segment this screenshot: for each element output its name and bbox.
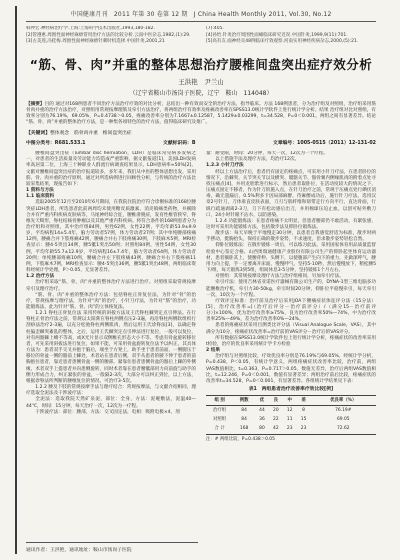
paragraph: 腰椎间盘突出症（lumbar disc herniation，LDH）是临床常见… <box>26 151 196 188</box>
table-note: 注：# 两组比较，P=0.438＞0.05 <box>206 437 376 443</box>
scan-gutter-line <box>15 6 17 554</box>
table-header-cell: 组 别 <box>206 396 233 406</box>
table-header-cell: 优 <box>255 396 269 406</box>
paragraph: 所有数据在SPSS13.0统计学软件包上进行统计学分析，疼痛症状的改善率采用t检… <box>206 336 376 348</box>
article-number: 文章编号：1005-0515（2011）12-131-02 <box>273 139 376 146</box>
table-row: 对照组 84 36 22 11 15 69.05 <box>206 416 376 425</box>
keywords-label: 【关键词】 <box>26 131 50 136</box>
paragraph: 仰卧位锻炼法：在散步锻炼一周后，可以练习此法。采用国家体育用品质量监督检验中心鉴… <box>206 243 376 274</box>
paragraph: 1.2.2 腰及下肢的常规按摩手法与理疗结合：常规按摩法，与文献介绍相同，理疗选… <box>26 385 196 397</box>
paragraph: 干涉波疗法：部位：腰部，方法：交叉固定法，电相：吸附电极×4，剂 <box>26 410 196 416</box>
table-body: 治疗组 84 44 20 12 8 76.19# 对照组 84 36 <box>206 406 376 434</box>
table-cell: 76.19# <box>311 406 376 416</box>
table-row: 治疗组 84 44 20 12 8 76.19# <box>206 406 376 416</box>
abstract-text: 目的 通过对168例患者不同治疗方法治疗疗效的对比分析，总结出一种有效而安全的治… <box>26 102 376 126</box>
results-table-block: 表1 两组患者治疗改善率疗效比较[例] 组 别例数优良中差优良率（%） 治疗组 … <box>206 387 376 443</box>
table-header-cell: 例数 <box>233 396 255 406</box>
article-affiliation: （辽宁省鞍山市汤岗子医院，辽宁 鞍山 114048） <box>26 88 376 97</box>
table-row: 合 计 168 80 42 23 23 72.62 <box>206 425 376 435</box>
article-meta-line: 中图分类号：R681.533.1 文献标识码：B 文章编号：1005-0515（… <box>26 139 376 146</box>
article-authors: 王洪艳 尹兰山 <box>26 77 376 86</box>
paragraph: 治疗组采取“筋、骨、肉”并重的整体治疗方法进行治疗。对照组采取常规按摩牵引及理疗… <box>26 280 196 292</box>
table-header-cell: 中 <box>283 396 297 406</box>
abstract-label: 【摘要】 <box>26 102 45 107</box>
table-cell: 22 <box>269 416 283 425</box>
reference-line: (7):405. <box>206 26 376 33</box>
page-content: 中国健康月刊 2011 年第 30 卷第 12 期 J China Health… <box>26 9 376 539</box>
reference-line: 韩仲宏.神经病治疗学.上海:上海科学技术出版社,1993,180-182. <box>26 26 196 33</box>
keywords-text: 整体观念 筋骨肉并重 椎间盘突出症 <box>50 131 132 136</box>
table-header-row: 组 别例数优良中差优良率（%） <box>206 396 376 406</box>
results-table: 组 别例数优良中差优良率（%） 治疗组 84 44 20 12 8 <box>206 395 376 435</box>
references-right-column: (7):405.[4]孙怡.针灸治疗周围性面瘫临床研究近况.中国针灸,1999,… <box>206 26 376 46</box>
body-left-column: 腰椎间盘突出症（lumbar disc herniation，LDH）是临床常见… <box>26 151 196 539</box>
paragraph: 1.2.1 脊柱正骨复位法 采用传统的斜扳方法及王氏脊柱棘突定点引伸法。在行脊柱… <box>26 311 196 385</box>
body-right-column: 量：耐受限，时间：20分钟，每天一次，12次为一个疗程。以上措施手法及理疗方法，… <box>206 151 376 539</box>
abstract: 【摘要】目的 通过对168例患者不同治疗方法治疗疗效的对比分析，总结出一种有效而… <box>26 102 376 127</box>
table-cell: 42 <box>269 425 283 435</box>
paragraph: 散步法：每天早晚于平地慢走30分钟，以患者自我感觉舒适为标准，散步时两手摆动，挺… <box>206 231 376 243</box>
table-cell: 69.05 <box>311 416 376 425</box>
table-header-cell: 差 <box>297 396 311 406</box>
table-cell: 84 <box>233 416 255 425</box>
table-cell: 80 <box>255 425 269 435</box>
table-cell: 84 <box>233 406 255 416</box>
document-code: 文献标识码：B <box>163 139 195 146</box>
table-cell: 36 <box>255 416 269 425</box>
article-title: “筋、骨、肉”并重的整体思想治疗腰椎间盘突出症疗效分析 <box>26 55 376 73</box>
table-cell: 8 <box>297 406 311 416</box>
table-cell: 44 <box>255 406 269 416</box>
paragraph: 患者的疼痛症状采用目测类比评分法（Visual Analogue Scale，V… <box>206 323 376 335</box>
table-cell: 对照组 <box>206 416 233 425</box>
paragraph: 疗效评定标准：治疗前及治疗后采用JOA下腰痛症状体征评分法（15分法）[5]，治… <box>206 299 376 324</box>
references-left-column: 韩仲宏.神经病治疗学.上海:上海科学技术出版社,1993,180-182.[2]… <box>26 26 196 46</box>
table-header-cell: 优良率（%） <box>311 396 376 406</box>
reference-line: [3]古美莲,冯桂梅.周围性面神经麻痹针刺时机选择.中国针灸,2001,21 <box>26 39 196 46</box>
header-rule <box>26 21 376 22</box>
table-cell: 治疗组 <box>206 406 233 416</box>
keywords-line: 【关键词】整体观念 筋骨肉并重 椎间盘突出症 <box>26 129 376 136</box>
table-cell: 15 <box>297 416 311 425</box>
journal-header: 中国健康月刊 2011 年第 30 卷第 12 期 J China Health… <box>26 9 376 18</box>
table-cell: 72.62 <box>311 425 376 435</box>
table-cell: 23 <box>297 425 311 435</box>
clc-number: 中图分类号：R681.533.1 <box>26 139 85 146</box>
table-cell: 合 计 <box>206 425 233 435</box>
table-head: 组 别例数优良中差优良率（%） <box>206 396 376 406</box>
correspondence-footer: 通讯作者：王洪艳，通讯地址：鞍山市汤岗子医院 <box>26 542 198 553</box>
paragraph: 牵引疗法：使用吉林省亚诺医疗器械有限公司生产的，DYNA-1型三维电脑多功能腰椎… <box>206 280 376 298</box>
table-cell: 23 <box>283 425 297 435</box>
paragraph: “筋、骨、肉”并重的整体治疗方法：包括脊柱正骨复位法，为针对“骨”的治疗，常规按… <box>26 293 196 311</box>
references-continued: 韩仲宏.神经病治疗学.上海:上海科学技术出版社,1993,180-182.[2]… <box>26 26 376 46</box>
paragraph: 经以上方法治疗后，患者仍有固定的疼痛点，可采用小针刀疗法，在患者卧位的情况下，沿… <box>206 170 376 219</box>
table-caption: 表1 两组患者治疗改善率疗效比较[例] <box>206 387 376 393</box>
table-cell: 20 <box>269 406 283 416</box>
table-header-cell: 良 <box>269 396 283 406</box>
table-cell: 11 <box>283 416 297 425</box>
paragraph: 1.2.4 功能锻炼法：在患者疼痛不太明显，但患者腰部仍不敢活动，有紧张感，这时… <box>206 219 376 231</box>
body-right-paragraphs: 量：耐受限，时间：20分钟，每天一次，12次为一个疗程。以上措施手法及理疗方法，… <box>206 151 376 385</box>
table-cell: 12 <box>283 406 297 416</box>
paragraph: 治疗组与对照组比较，疗效优良率分别是76.19%与69.05%，经统计学分析，P… <box>206 354 376 385</box>
body-columns: 腰椎间盘突出症（lumbar disc herniation，LDH）是临床常见… <box>26 151 376 539</box>
table-cell: 168 <box>233 425 255 435</box>
paragraph: 选取2005年12月至2010年6月期间，在我院住院治疗符合诊断标准的168位腰… <box>26 200 196 274</box>
journal-page: 中国健康月刊 2011 年第 30 卷第 12 期 J China Health… <box>0 0 400 560</box>
reference-line: [5]高有友.面神经炎48例临床疗效观察.河南实用神经疾病杂志,2000,(5)… <box>206 39 376 46</box>
paragraph: 全泥法：选取我院天然矿泉泥，部位：全身，方法：泥罨敷法，泥温40—44℃，时间：… <box>26 397 196 409</box>
